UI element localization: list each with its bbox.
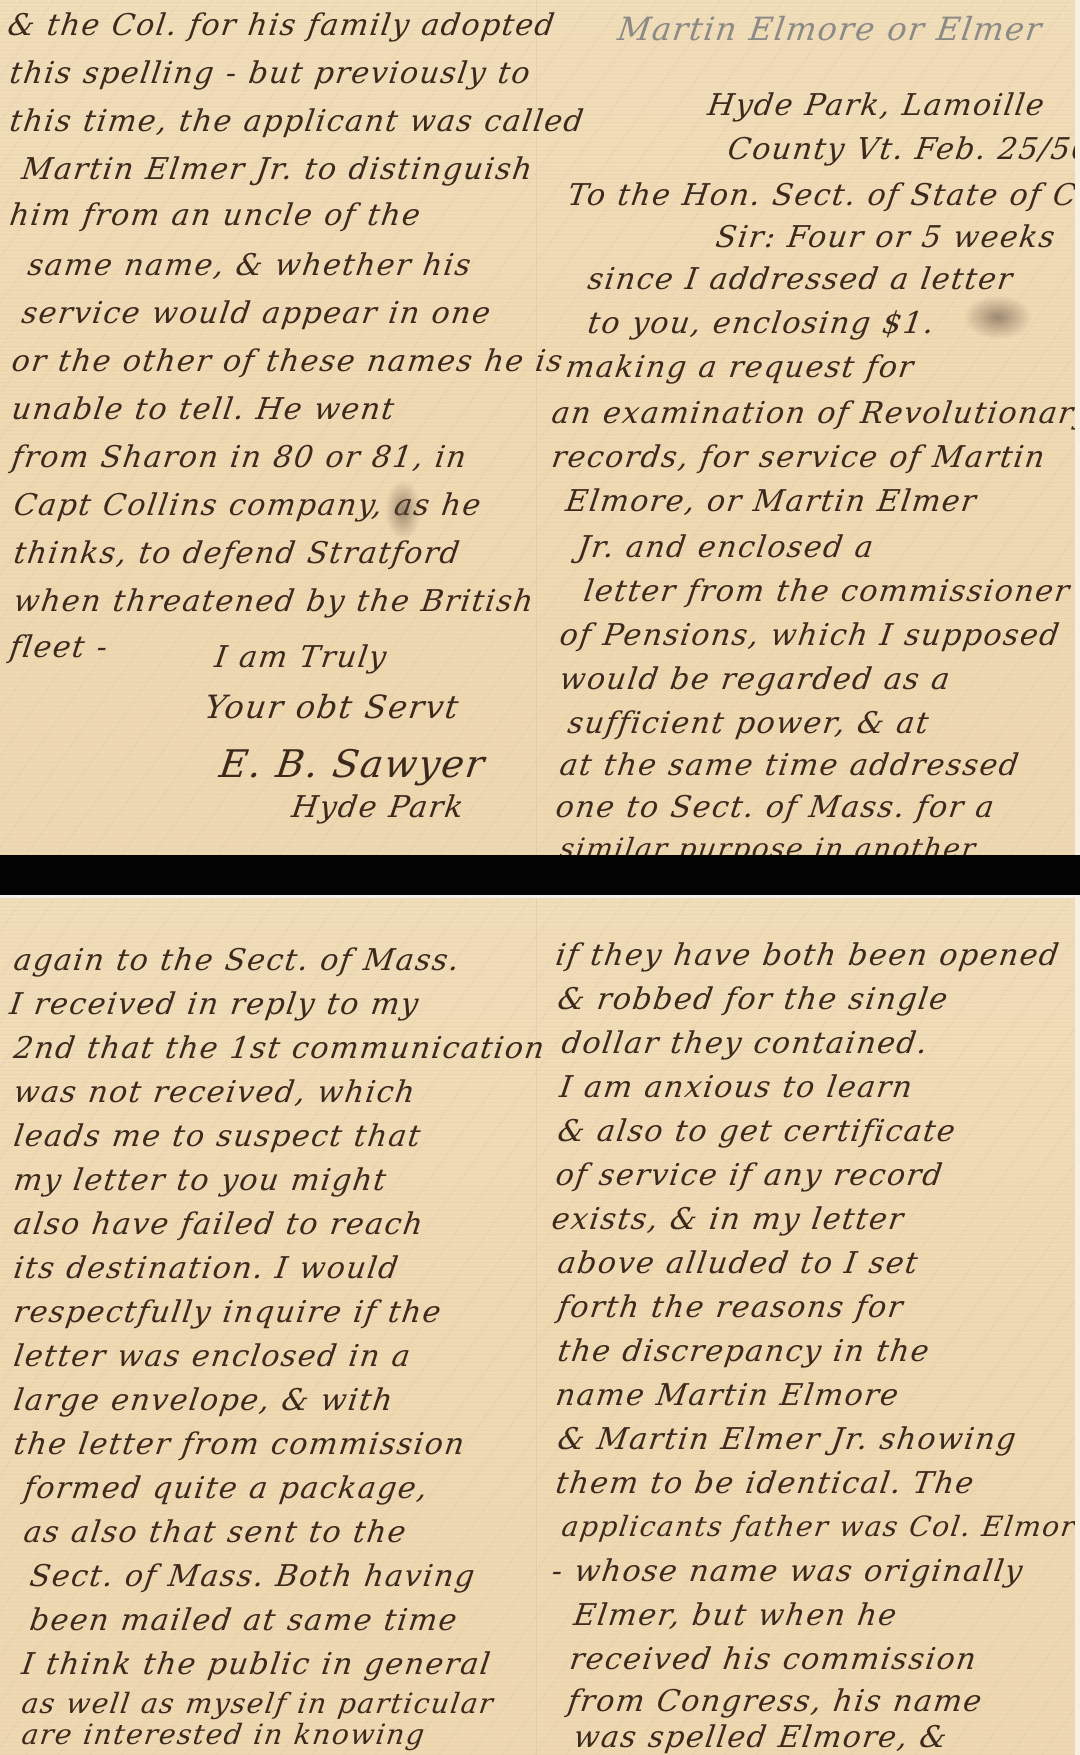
address-line: Hyde Park bbox=[290, 790, 467, 825]
text-line: & also to get certificate bbox=[556, 1114, 959, 1149]
text-line: large envelope, & with bbox=[12, 1383, 397, 1418]
text-line: also have failed to reach bbox=[12, 1207, 427, 1242]
text-line: applicants father was Col. Elmore bbox=[560, 1510, 1075, 1543]
text-line: I think the public in general bbox=[20, 1647, 494, 1682]
text-line: above alluded to I set bbox=[556, 1246, 922, 1281]
salutation: To the Hon. Sect. of State of Conn. bbox=[566, 178, 1075, 213]
text-line: Martin Elmer Jr. to distinguish bbox=[20, 152, 536, 187]
text-line: making a request for bbox=[564, 350, 917, 385]
letter-top-sheet: & the Col. for his family adopted this s… bbox=[0, 0, 1075, 855]
text-line: sufficient power, & at bbox=[566, 706, 933, 741]
text-line: as well as myself in particular bbox=[20, 1687, 497, 1720]
text-line: of service if any record bbox=[554, 1158, 946, 1193]
bottom-right-page: if they have both been opened & robbed f… bbox=[538, 898, 1075, 1755]
text-line: name Martin Elmore bbox=[554, 1378, 902, 1413]
text-line: dollar they contained. bbox=[560, 1026, 931, 1061]
letter-bottom-sheet: again to the Sect. of Mass. I received i… bbox=[0, 898, 1075, 1755]
text-line: - whose name was originally bbox=[550, 1554, 1026, 1589]
text-line: forth the reasons for bbox=[556, 1290, 907, 1325]
closing-line: Your obt Servt bbox=[202, 688, 462, 726]
text-line: I am anxious to learn bbox=[558, 1070, 916, 1105]
text-line: since I addressed a letter bbox=[586, 262, 1016, 297]
text-line: respectfully inquire if the bbox=[12, 1295, 445, 1330]
text-line: when threatened by the British bbox=[12, 584, 537, 619]
signature: E. B. Sawyer bbox=[217, 742, 489, 786]
text-line: if they have both been opened bbox=[554, 938, 1063, 973]
text-line: been mailed at same time bbox=[28, 1603, 461, 1638]
text-line: again to the Sect. of Mass. bbox=[12, 943, 463, 978]
text-line: Jr. and enclosed a bbox=[576, 530, 877, 565]
text-line: Sir: Four or 5 weeks bbox=[714, 220, 1059, 255]
text-line: this time, the applicant was called bbox=[8, 104, 587, 139]
black-separator-band bbox=[0, 855, 1080, 895]
text-line: from Congress, his name bbox=[566, 1684, 986, 1719]
text-line: same name, & whether his bbox=[26, 248, 475, 283]
text-line: service would appear in one bbox=[20, 296, 494, 331]
text-line: thinks, to defend Stratford bbox=[12, 536, 463, 571]
text-line: an examination of Revolutionary bbox=[550, 396, 1075, 431]
text-line: the letter from commission bbox=[12, 1427, 468, 1462]
top-left-page: & the Col. for his family adopted this s… bbox=[0, 0, 536, 855]
text-line: from Sharon in 80 or 81, in bbox=[10, 440, 470, 475]
pencil-heading: Martin Elmore or Elmer bbox=[615, 10, 1045, 48]
text-line: them to be identical. The bbox=[554, 1466, 978, 1501]
text-line: as also that sent to the bbox=[22, 1515, 410, 1550]
text-line: received his commission bbox=[568, 1642, 980, 1677]
text-line: my letter to you might bbox=[12, 1163, 390, 1198]
text-line: fleet - bbox=[8, 630, 111, 665]
text-line: 2nd that the 1st communication bbox=[12, 1031, 548, 1066]
place-line: Hyde Park, Lamoille bbox=[706, 88, 1048, 123]
text-line: are interested in knowing bbox=[20, 1718, 428, 1751]
date-line: County Vt. Feb. 25/56 bbox=[726, 132, 1075, 167]
text-line: & the Col. for his family adopted bbox=[6, 8, 558, 43]
ink-smudge bbox=[963, 295, 1033, 340]
text-line: unable to tell. He went bbox=[10, 392, 398, 427]
text-line: was not received, which bbox=[12, 1075, 419, 1110]
text-line: him from an uncle of the bbox=[8, 198, 424, 233]
text-line: Elmore, or Martin Elmer bbox=[564, 484, 980, 519]
text-line: Sect. of Mass. Both having bbox=[28, 1559, 479, 1594]
text-line: this spelling - but previously to bbox=[8, 56, 534, 91]
text-line: records, for service of Martin bbox=[550, 440, 1049, 475]
text-line: or the other of these names he is bbox=[10, 344, 567, 379]
text-line: & Martin Elmer Jr. showing bbox=[556, 1422, 1020, 1457]
text-line: letter was enclosed in a bbox=[12, 1339, 414, 1374]
bottom-left-page: again to the Sect. of Mass. I received i… bbox=[0, 898, 536, 1755]
closing-line: I am Truly bbox=[213, 640, 390, 675]
top-right-page: Martin Elmore or Elmer Hyde Park, Lamoil… bbox=[538, 0, 1075, 855]
text-line: the discrepancy in the bbox=[556, 1334, 933, 1369]
text-line: would be regarded as a bbox=[558, 662, 954, 697]
text-line: similar purpose in another bbox=[558, 832, 979, 855]
text-line: Elmer, but when he bbox=[572, 1598, 901, 1633]
text-line: its destination. I would bbox=[12, 1251, 402, 1286]
text-line: to you, enclosing $1. bbox=[586, 306, 938, 341]
text-line: leads me to suspect that bbox=[12, 1119, 424, 1154]
text-line: one to Sect. of Mass. for a bbox=[554, 790, 998, 825]
text-line: of Pensions, which I supposed bbox=[558, 618, 1063, 653]
text-line: was spelled Elmore, & bbox=[572, 1720, 951, 1755]
text-line: at the same time addressed bbox=[558, 748, 1023, 783]
text-line: exists, & in my letter bbox=[550, 1202, 907, 1237]
text-line: & robbed for the single bbox=[556, 982, 952, 1017]
text-line: letter from the commissioner bbox=[582, 574, 1073, 609]
text-line: I received in reply to my bbox=[8, 987, 422, 1022]
text-line: formed quite a package, bbox=[22, 1471, 431, 1506]
